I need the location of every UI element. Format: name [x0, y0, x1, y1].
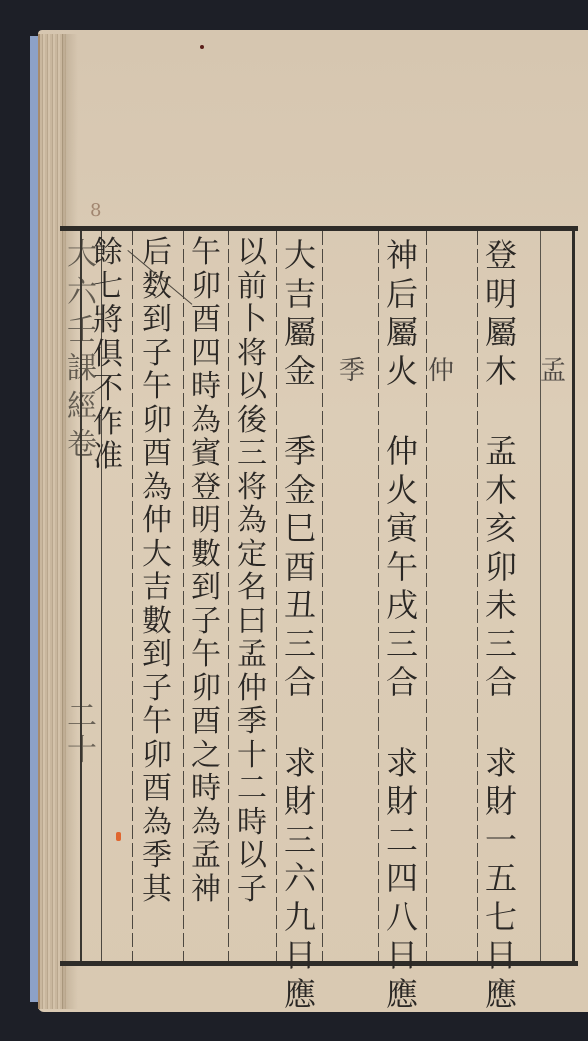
- frame-border-top: [60, 226, 578, 231]
- column-phrase: 求財一五七日應: [481, 744, 521, 1014]
- column-phrase: 大吉屬金: [280, 236, 320, 390]
- column-phrase: 午卯酉四時為賓登明數到子午卯酉之時為孟神: [186, 236, 226, 906]
- header-zhong: 仲: [421, 350, 461, 387]
- text-column-5: 午卯酉四時為賓登明數到子午卯酉之時為孟神: [186, 236, 226, 906]
- column-rule: [276, 231, 277, 961]
- frame-border-right: [572, 226, 575, 966]
- pencil-annotation: 8: [90, 200, 101, 221]
- text-column-meng: 登明屬木 孟木亥卯未三合 求財一五七日應: [481, 236, 521, 1013]
- column-phrase: 神后屬火: [382, 236, 422, 390]
- column-phrase: 孟木亥卯未三合: [481, 432, 521, 702]
- red-ink-mark: [116, 832, 121, 841]
- column-phrase: 仲火寅午戌三合: [382, 432, 422, 702]
- column-rule: [426, 231, 427, 961]
- text-column-zhong: 神后屬火 仲火寅午戌三合 求財二四八日應: [382, 236, 422, 1013]
- text-column-6: 后数到子午卯酉為仲大吉數到子午卯酉為季其: [137, 236, 177, 906]
- ink-spot: [200, 45, 204, 49]
- text-column-7: 餘七將俱不作准: [88, 236, 128, 474]
- column-phrase: 餘七將俱不作准: [88, 236, 128, 474]
- column-phrase: 求財二四八日應: [382, 744, 422, 1014]
- column-phrase: 登明屬木: [481, 236, 521, 390]
- header-ji: 季: [332, 350, 372, 387]
- fold-shadow: [62, 34, 78, 1009]
- column-rule: [477, 231, 478, 961]
- frame-inner-rule: [540, 231, 541, 961]
- column-rule: [378, 231, 379, 961]
- column-phrase: 以前卜将以後三将為定名曰孟仲季十二時以子: [232, 236, 272, 906]
- column-phrase: 求財三六九日應: [280, 744, 320, 1014]
- header-meng: 孟: [533, 350, 573, 387]
- column-rule: [183, 231, 184, 961]
- text-column-4: 以前卜将以後三将為定名曰孟仲季十二時以子: [232, 236, 272, 906]
- gutter-page-number: 二十: [64, 700, 100, 768]
- text-column-ji: 大吉屬金 季金巳酉丑三合 求財三六九日應: [280, 236, 320, 1013]
- column-phrase: 季金巳酉丑三合: [280, 432, 320, 702]
- column-phrase: 后数到子午卯酉為仲大吉數到子午卯酉為季其: [137, 236, 177, 906]
- column-rule: [228, 231, 229, 961]
- column-rule: [132, 231, 133, 961]
- column-rule: [322, 231, 323, 961]
